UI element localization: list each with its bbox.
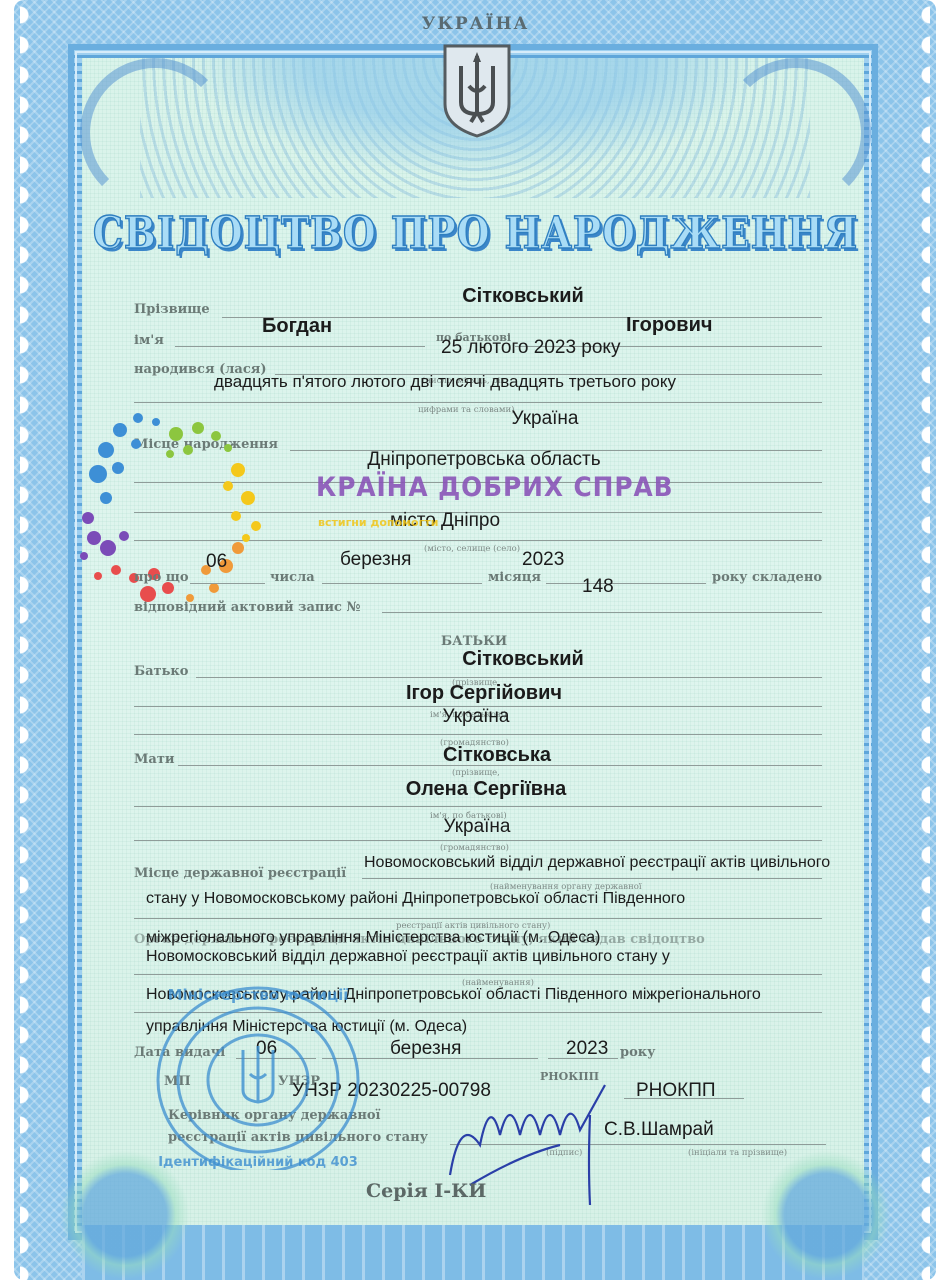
record-day-line [190,583,265,584]
charity-dots-logo [78,398,268,618]
svg-text:Ідентифікаційний код 403: Ідентифікаційний код 403 [158,1155,358,1170]
about-which-label: про що [134,570,189,585]
place-hint: (місто, селище (село) [424,544,520,554]
initials-hint: (ініціали та прізвище) [688,1148,787,1158]
reg-place-line-1: Новомосковський відділ державної реєстра… [364,854,830,872]
charity-subtitle: встигни допомогти [318,516,438,529]
name-line [175,346,425,347]
document-title: СВІДОЦТВО ПРО НАРОДЖЕННЯ [67,208,885,259]
birth-date-digits: 25 лютого 2023 року [441,337,620,359]
mother-citizenship-hint: (громадянство) [440,843,509,853]
corner-ornament-top-right [721,58,871,208]
father-citizenship: Україна [442,706,509,728]
record-no-line [382,612,822,613]
surname-label: Прізвище [134,302,210,317]
year-composed-label: року складено [712,570,822,585]
birth-region: Дніпропетровська область [367,449,600,471]
corner-ornament-bottom-right [761,1150,891,1280]
reg-place-line-2: стану у Новомосковському районі Дніпропе… [146,890,685,908]
born-hint-2: цифрами та словами) [418,405,514,415]
birth-date-words: двадцять п'ятого лютого дві тисячі двадц… [214,372,676,392]
day-label: числа [270,570,315,585]
issuer-line-1: Новомосковський відділ державної реєстра… [146,948,670,966]
record-year: 2023 [522,549,564,571]
father-citizenship-line [134,734,822,735]
mother-surname-hint: (прізвище, [452,768,500,778]
child-patronymic: Ігорович [626,314,712,337]
svg-text:Міністерство юстиції: Міністерство юстиції [168,986,349,1004]
bottom-ornament-band [82,1225,864,1280]
child-name: Богдан [262,315,332,338]
country-header: УКРАЇНА [0,14,951,34]
birth-country: Україна [511,408,578,430]
father-surname: Сітковський [462,648,584,671]
tryzub-coat-of-arms-icon [441,42,513,138]
corner-ornament-top-left [80,58,230,208]
record-no-label: відповідний актовий запис № [134,600,361,615]
rnokpp-line [624,1098,744,1099]
mother-name: Олена Сергіївна [406,778,566,801]
birth-certificate: УКРАЇНА СВІДОЦТВО ПРО НАРОДЖЕННЯ Прізвищ… [0,0,951,1280]
child-surname: Сітковський [462,285,584,308]
father-name: Ігор Сергійович [406,682,562,705]
parents-header: БАТЬКИ [441,634,507,649]
mother-citizenship-line [134,840,822,841]
year-word-label: року [620,1045,655,1060]
reg-place-label: Місце державної реєстрації [134,866,346,881]
mother-surname: Сітковська [443,744,551,767]
name-label: ім'я [134,333,164,348]
record-month-line [322,583,482,584]
mother-citizenship: Україна [443,816,510,838]
mother-name-line [134,806,822,807]
issue-year: 2023 [566,1038,608,1060]
record-day: 06 [206,551,227,573]
series-number: Серія І-КИ [366,1180,486,1202]
record-number: 148 [582,576,614,598]
reg-place-underline-2 [134,918,822,919]
record-month: березня [340,549,411,571]
father-label: Батько [134,664,188,679]
official-seal: Міністерство юстиції Ідентифікаційний ко… [148,970,408,1170]
father-surname-line [196,677,822,678]
reg-place-line-3: міжрегіонального управління Міністерства… [146,929,600,947]
wave-edge-left [20,0,36,1280]
mother-label: Мати [134,752,175,767]
month-label: місяця [488,570,541,585]
reg-place-underline-1 [362,878,822,879]
wave-edge-right [914,0,930,1280]
charity-title: КРАЇНА ДОБРИХ СПРАВ [316,472,673,503]
record-year-line [546,583,706,584]
